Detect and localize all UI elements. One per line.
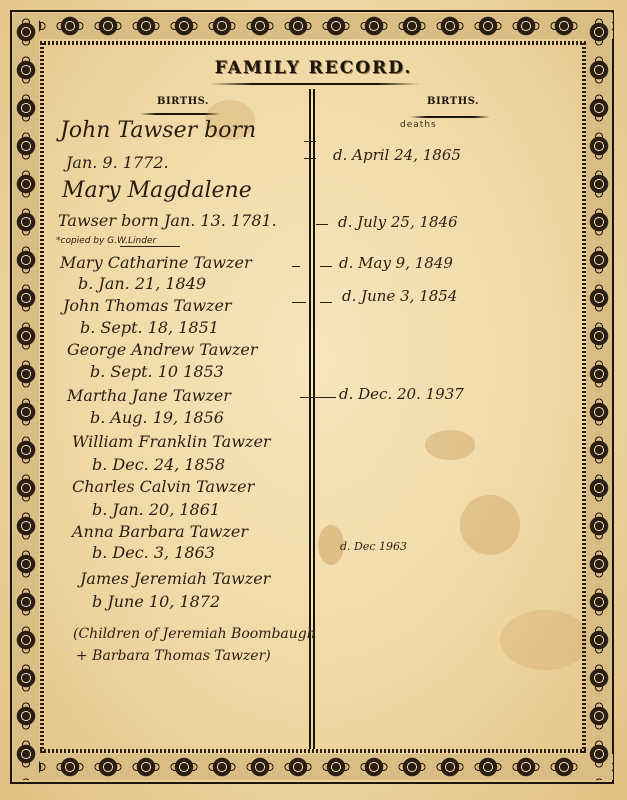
copied-note: *copied by G.W.Linder xyxy=(56,236,156,246)
birth-entry-date: b. Sept. 10 1853 xyxy=(90,362,224,381)
birth-entry-name: Mary Catharine Tawzer xyxy=(60,253,252,272)
connector-tick xyxy=(304,158,316,159)
parents-note-line1: (Children of Jeremiah Boombaugh xyxy=(73,626,316,642)
birth-entry-date: b June 10, 1872 xyxy=(92,592,220,611)
connector-tick xyxy=(292,266,300,267)
connector-tick xyxy=(320,302,332,303)
copied-note-underline xyxy=(120,246,180,247)
birth-john-tawser-name: John Tawser born xyxy=(60,118,256,143)
inner-dotted-border-bottom xyxy=(40,749,586,753)
ornamental-border-bottom xyxy=(13,754,613,780)
right-header-rule xyxy=(410,116,490,118)
death-entry: d. May 9, 1849 xyxy=(339,254,453,272)
birth-entry-name: John Thomas Tawzer xyxy=(63,296,232,315)
birth-mary-magdalene-name: Mary Magdalene xyxy=(62,178,252,203)
birth-john-tawser-date: Jan. 9. 1772. xyxy=(66,153,169,172)
parents-note-line2: + Barbara Thomas Tawzer) xyxy=(76,648,271,664)
birth-entry-name: Martha Jane Tawzer xyxy=(67,386,231,405)
death-entry: d. Dec. 20. 1937 xyxy=(339,385,464,403)
inner-dotted-border-right xyxy=(582,41,586,753)
ornamental-border-top xyxy=(13,13,613,39)
birth-entry-name: Anna Barbara Tawzer xyxy=(72,522,248,541)
birth-entry-date: b. Sept. 18, 1851 xyxy=(80,318,219,337)
birth-entry-date: b. Dec. 24, 1858 xyxy=(92,455,225,474)
death-entry: d. June 3, 1854 xyxy=(342,287,457,305)
death-entry: d. Dec 1963 xyxy=(340,540,407,553)
column-divider xyxy=(309,89,315,749)
connector-tick xyxy=(292,302,306,303)
connector-tick xyxy=(320,266,332,267)
births-column-header: BIRTHS. xyxy=(157,96,209,107)
birth-mary-magdalene-date: Tawser born Jan. 13. 1781. xyxy=(58,211,277,230)
birth-entry-name: James Jeremiah Tawzer xyxy=(80,569,270,588)
birth-entry-name: George Andrew Tawzer xyxy=(67,340,258,359)
right-column-header: BIRTHS. xyxy=(427,96,479,107)
page-title: FAMILY RECORD. xyxy=(0,58,627,78)
connector-tick xyxy=(304,141,316,142)
ornamental-border-right xyxy=(586,13,612,780)
birth-entry-date: b. Aug. 19, 1856 xyxy=(90,408,224,427)
title-rule xyxy=(210,83,420,85)
inner-dotted-border-left xyxy=(40,41,44,753)
inner-dotted-border-top xyxy=(40,41,586,45)
death-entry: d. July 25, 1846 xyxy=(338,213,458,231)
ornamental-border-left xyxy=(13,13,39,780)
connector-tick xyxy=(316,224,328,225)
deaths-annotation: deaths xyxy=(400,120,437,130)
birth-entry-date: b. Jan. 21, 1849 xyxy=(78,274,206,293)
birth-entry-name: William Franklin Tawzer xyxy=(72,432,271,451)
death-entry: d. April 24, 1865 xyxy=(333,146,461,164)
births-header-rule xyxy=(140,113,220,115)
birth-entry-name: Charles Calvin Tawzer xyxy=(72,477,254,496)
birth-entry-date: b. Dec. 3, 1863 xyxy=(92,543,215,562)
birth-entry-date: b. Jan. 20, 1861 xyxy=(92,500,220,519)
connector-tick xyxy=(300,397,336,398)
